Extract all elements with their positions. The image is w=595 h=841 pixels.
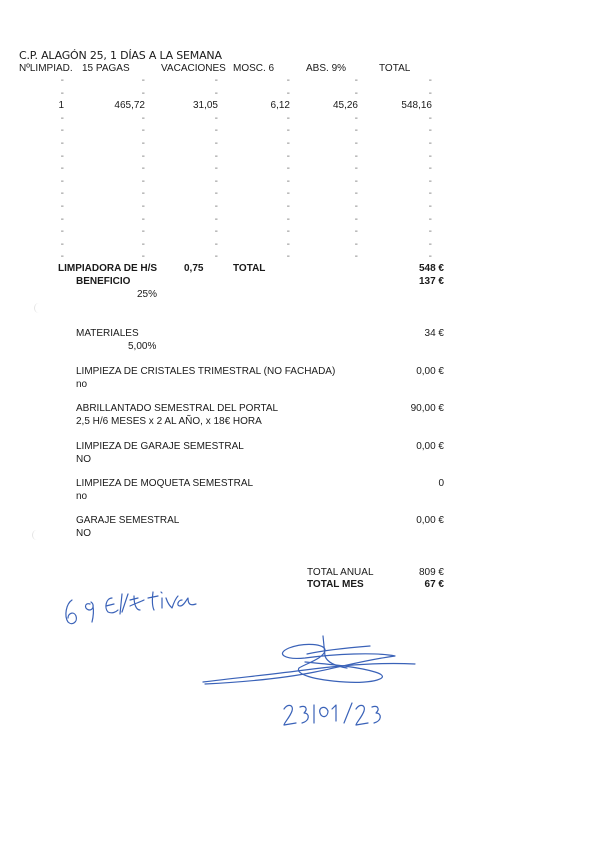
- table-cell: -: [429, 239, 432, 250]
- table-cell: -: [61, 239, 64, 250]
- extra-abrillantado-note: 2,5 H/6 MESES x 2 AL AÑO, x 18€ HORA: [76, 416, 262, 427]
- table-cell: -: [355, 138, 358, 149]
- annual-total-label: TOTAL ANUAL: [307, 567, 374, 578]
- table-cell: -: [215, 138, 218, 149]
- extra-garaje-label: LIMPIEZA DE GARAJE SEMESTRAL: [76, 441, 244, 452]
- extra-moqueta-note: no: [76, 491, 87, 502]
- col-header-limpiad: NºLIMPIAD.: [19, 63, 73, 74]
- table-cell: -: [61, 176, 64, 187]
- document-title: C.P. ALAGÓN 25, 1 DÍAS A LA SEMANA: [19, 49, 222, 62]
- handwritten-note: 69 €/mes: [60, 578, 210, 628]
- profit-value: 137 €: [419, 276, 444, 287]
- extra-materiales-note: 5,00%: [128, 341, 156, 352]
- table-cell: -: [287, 214, 290, 225]
- table-cell: -: [287, 113, 290, 124]
- table-cell: -: [287, 138, 290, 149]
- profit-label: BENEFICIO: [76, 276, 130, 287]
- col-header-total: TOTAL: [379, 63, 410, 74]
- table-cell: -: [142, 75, 145, 86]
- table-cell: -: [287, 226, 290, 237]
- table-cell: -: [215, 125, 218, 136]
- table-cell: -: [287, 75, 290, 86]
- table-cell: -: [215, 151, 218, 162]
- extra-cristales-value: 0,00 €: [416, 366, 444, 377]
- table-cell: -: [215, 239, 218, 250]
- col-header-15-pagas: 15 PAGAS: [82, 63, 130, 74]
- table-cell: -: [142, 151, 145, 162]
- table-cell: -: [142, 88, 145, 99]
- table-cell: -: [429, 125, 432, 136]
- table-cell: 1: [58, 100, 64, 111]
- table-cell: -: [429, 226, 432, 237]
- table-cell: -: [142, 188, 145, 199]
- table-cell: -: [61, 188, 64, 199]
- rate-label: LIMPIADORA DE H/S: [58, 263, 157, 274]
- table-cell: -: [355, 226, 358, 237]
- col-header-mosc: MOSC. 6: [233, 63, 274, 74]
- table-cell: -: [142, 214, 145, 225]
- col-header-vacaciones: VACACIONES: [161, 63, 226, 74]
- table-cell: -: [429, 113, 432, 124]
- table-cell: -: [355, 176, 358, 187]
- table-cell: -: [429, 163, 432, 174]
- extra-materiales-label: MATERIALES: [76, 328, 139, 339]
- table-cell: -: [142, 251, 145, 262]
- table-cell: -: [429, 251, 432, 262]
- table-cell: -: [215, 214, 218, 225]
- table-cell: -: [215, 176, 218, 187]
- total-value: 548 €: [419, 263, 444, 274]
- signature: [195, 632, 425, 692]
- table-cell: -: [355, 188, 358, 199]
- table-cell: -: [355, 88, 358, 99]
- table-cell: -: [429, 138, 432, 149]
- table-cell: -: [142, 138, 145, 149]
- table-cell: -: [142, 163, 145, 174]
- table-cell: -: [215, 226, 218, 237]
- table-cell: 6,12: [271, 100, 290, 111]
- extra-moqueta-label: LIMPIEZA DE MOQUETA SEMESTRAL: [76, 478, 253, 489]
- col-header-abs: ABS. 9%: [306, 63, 346, 74]
- table-cell: -: [429, 188, 432, 199]
- extra-garaje-semestral-note: NO: [76, 528, 91, 539]
- table-cell: 31,05: [193, 100, 218, 111]
- extra-cristales-note: no: [76, 379, 87, 390]
- punch-hole-mark: [32, 530, 41, 540]
- table-cell: -: [355, 113, 358, 124]
- table-cell: -: [355, 151, 358, 162]
- annual-total-value: 809 €: [419, 567, 444, 578]
- rate-value: 0,75: [184, 263, 203, 274]
- monthly-total-value: 67 €: [425, 579, 444, 590]
- table-cell: -: [287, 88, 290, 99]
- table-cell: -: [355, 201, 358, 212]
- extra-moqueta-value: 0: [438, 478, 444, 489]
- table-cell: -: [429, 88, 432, 99]
- table-cell: -: [215, 163, 218, 174]
- table-cell: -: [61, 138, 64, 149]
- table-cell: -: [61, 226, 64, 237]
- table-cell: -: [142, 201, 145, 212]
- table-cell: -: [61, 88, 64, 99]
- extra-garaje-semestral-value: 0,00 €: [416, 515, 444, 526]
- table-cell: 465,72: [114, 100, 145, 111]
- extra-garaje-semestral-label: GARAJE SEMESTRAL: [76, 515, 179, 526]
- punch-hole-mark: [34, 303, 43, 313]
- table-cell: -: [215, 88, 218, 99]
- table-cell: -: [61, 214, 64, 225]
- extra-materiales-value: 34 €: [425, 328, 444, 339]
- handwritten-date: 23/01/23: [280, 695, 400, 730]
- table-cell: -: [355, 251, 358, 262]
- table-cell: -: [61, 201, 64, 212]
- table-cell: -: [61, 251, 64, 262]
- extra-abrillantado-label: ABRILLANTADO SEMESTRAL DEL PORTAL: [76, 403, 278, 414]
- table-cell: -: [355, 163, 358, 174]
- table-cell: -: [287, 251, 290, 262]
- extra-abrillantado-value: 90,00 €: [411, 403, 444, 414]
- table-cell: -: [287, 176, 290, 187]
- table-cell: -: [61, 113, 64, 124]
- profit-percent: 25%: [137, 289, 157, 300]
- table-cell: -: [355, 214, 358, 225]
- table-cell: -: [142, 239, 145, 250]
- table-cell: -: [215, 113, 218, 124]
- total-label: TOTAL: [233, 263, 265, 274]
- table-cell: -: [287, 188, 290, 199]
- table-cell: -: [61, 151, 64, 162]
- table-cell: -: [215, 75, 218, 86]
- extra-cristales-label: LIMPIEZA DE CRISTALES TRIMESTRAL (NO FAC…: [76, 366, 335, 377]
- monthly-total-label: TOTAL MES: [307, 579, 364, 590]
- table-cell: 45,26: [333, 100, 358, 111]
- table-cell: -: [287, 201, 290, 212]
- extra-garaje-note: NO: [76, 454, 91, 465]
- table-cell: -: [215, 251, 218, 262]
- table-cell: -: [287, 163, 290, 174]
- table-cell: -: [429, 151, 432, 162]
- table-cell: -: [355, 125, 358, 136]
- table-cell: -: [355, 75, 358, 86]
- table-cell: 548,16: [401, 100, 432, 111]
- table-cell: -: [429, 214, 432, 225]
- table-cell: -: [61, 163, 64, 174]
- table-cell: -: [429, 75, 432, 86]
- table-cell: -: [142, 125, 145, 136]
- table-cell: -: [287, 239, 290, 250]
- table-cell: -: [429, 201, 432, 212]
- table-cell: -: [287, 125, 290, 136]
- table-cell: -: [142, 226, 145, 237]
- table-cell: -: [429, 176, 432, 187]
- table-cell: -: [61, 125, 64, 136]
- table-cell: -: [215, 201, 218, 212]
- table-cell: -: [215, 188, 218, 199]
- table-cell: -: [142, 113, 145, 124]
- extra-garaje-value: 0,00 €: [416, 441, 444, 452]
- table-cell: -: [355, 239, 358, 250]
- table-cell: -: [142, 176, 145, 187]
- table-cell: -: [61, 75, 64, 86]
- table-cell: -: [287, 151, 290, 162]
